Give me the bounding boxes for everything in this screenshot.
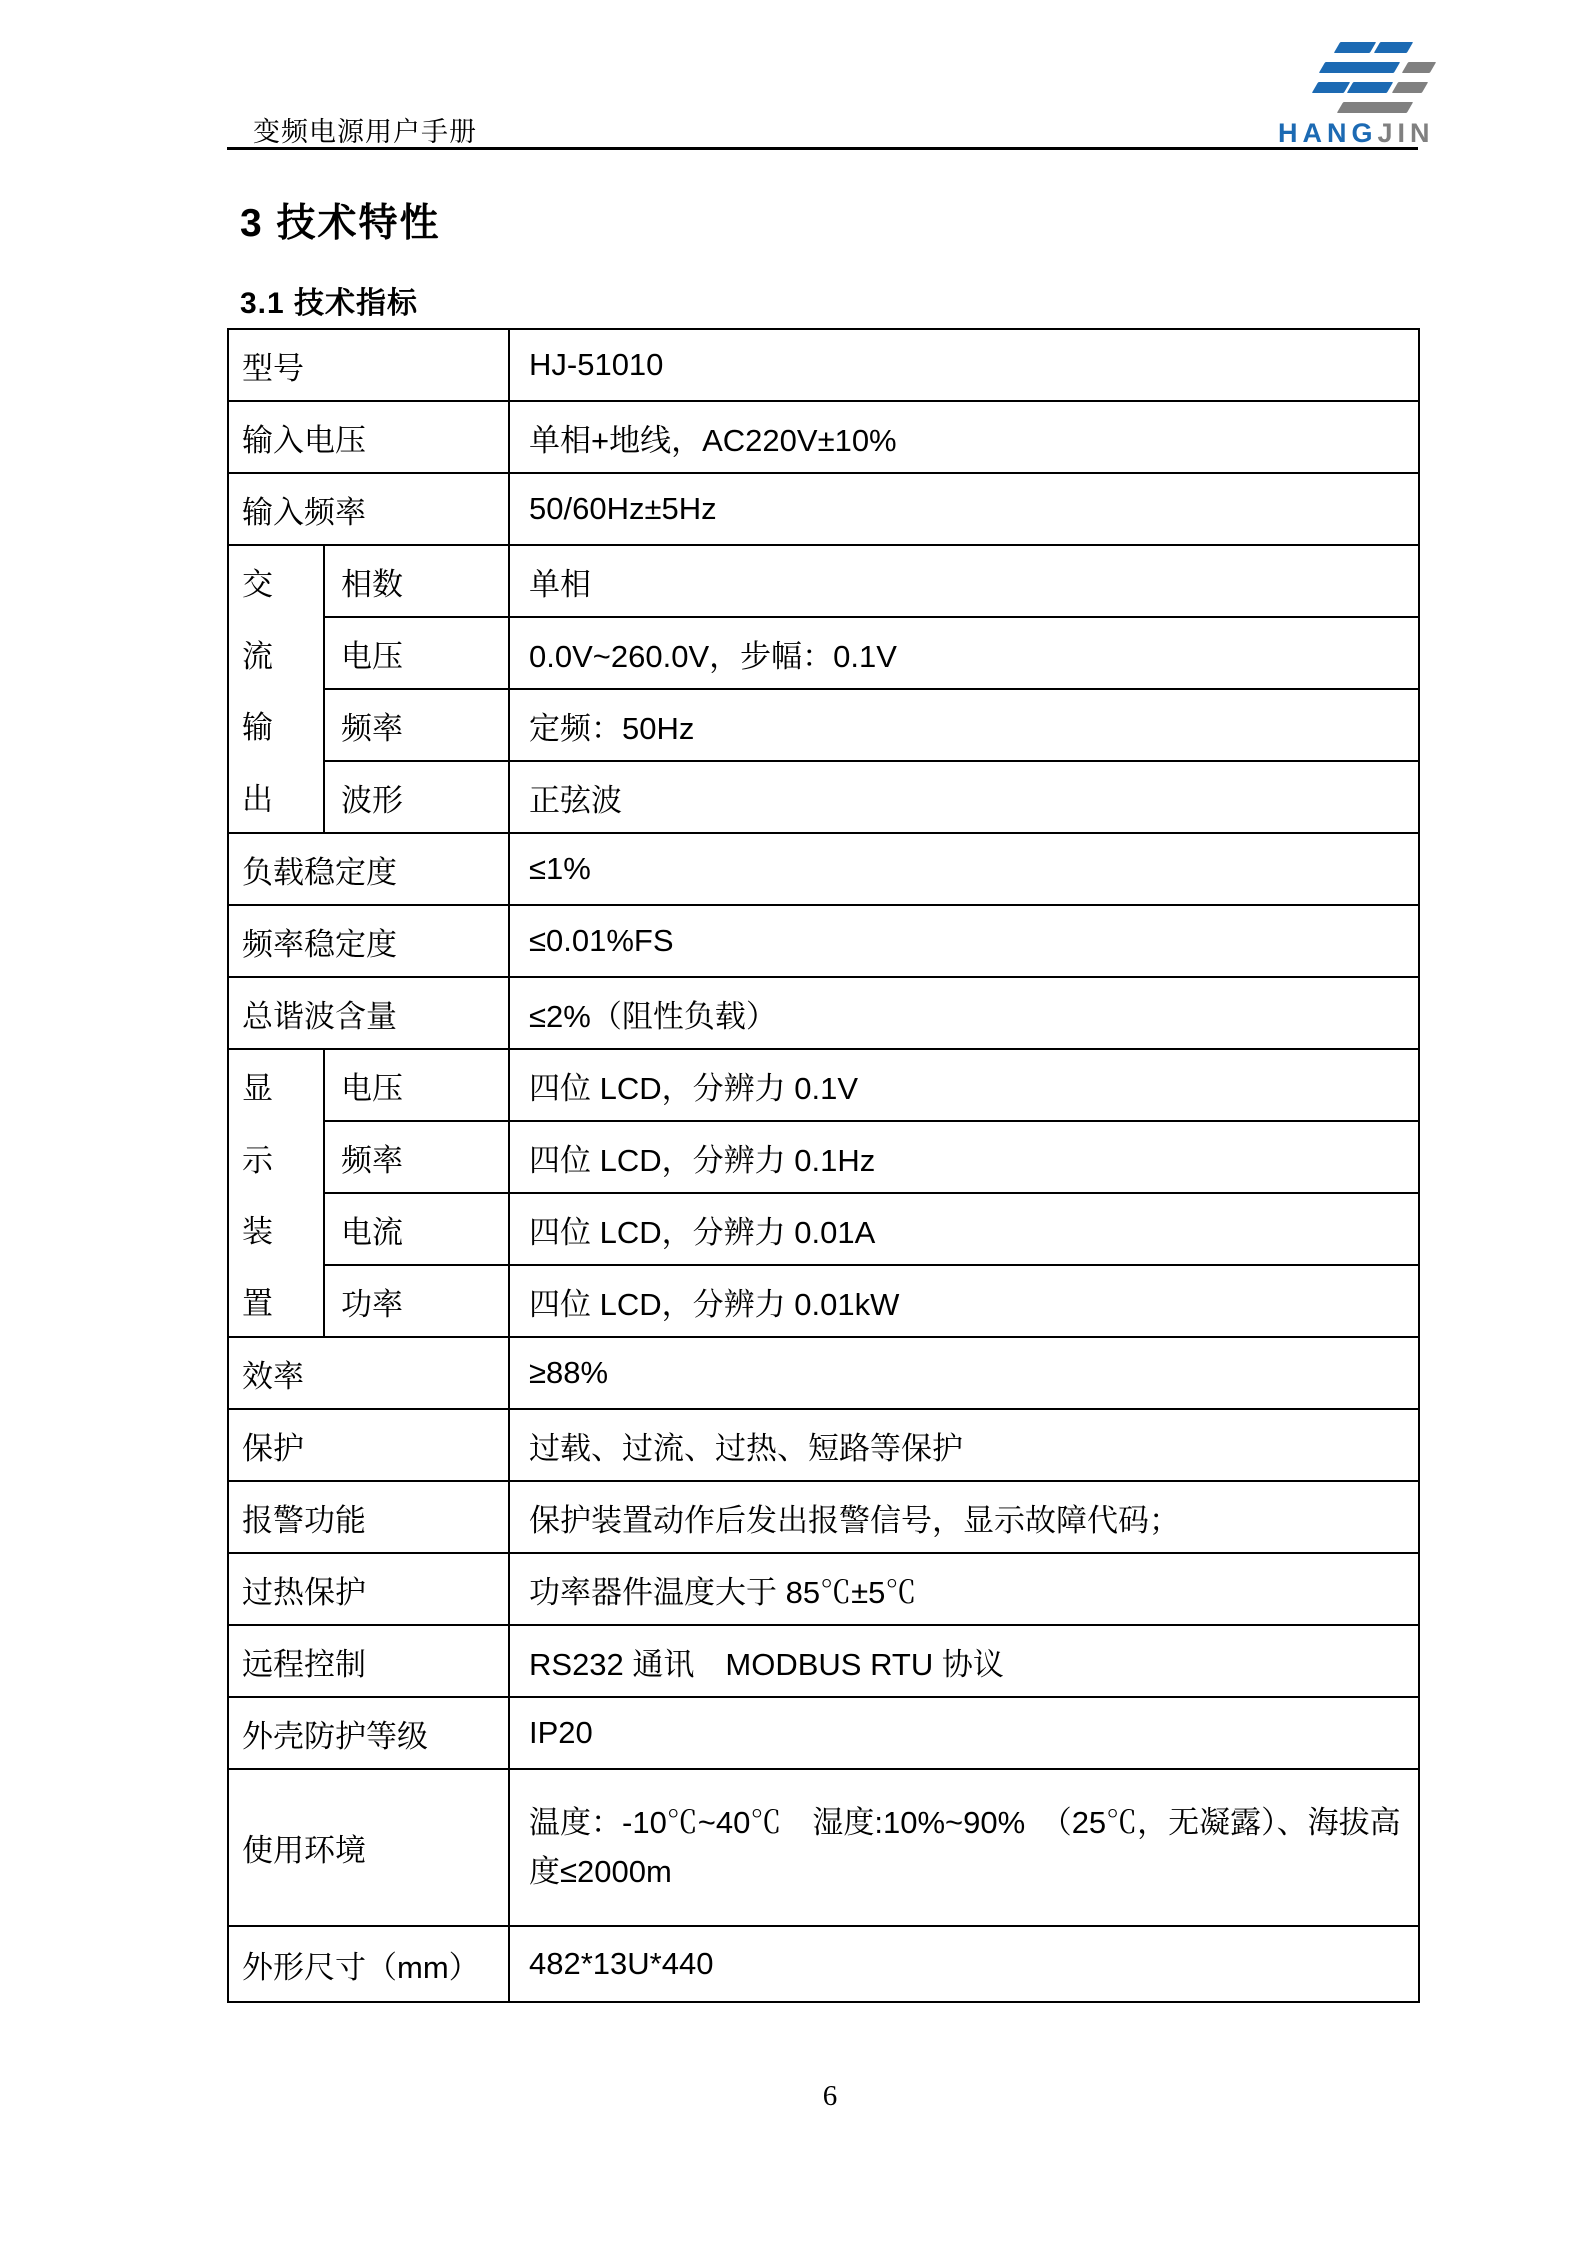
spec-label-cell: 报警功能 <box>228 1481 509 1553</box>
spec-value-cell: 定频：50Hz <box>509 689 1419 761</box>
spec-value-cell: 四位 LCD，分辨力 0.01kW <box>509 1265 1419 1337</box>
section-title: 3 技术特性 <box>240 192 441 248</box>
table-row: 频率四位 LCD，分辨力 0.1Hz <box>228 1121 1419 1193</box>
brand-name-secondary: JIN <box>1378 118 1435 148</box>
table-row: 过热保护功率器件温度大于 85℃±5℃ <box>228 1553 1419 1625</box>
table-row: 总谐波含量≤2%（阻性负载） <box>228 977 1419 1049</box>
spec-value-cell: 0.0V~260.0V，步幅：0.1V <box>509 617 1419 689</box>
spec-value-cell: 温度：-10℃~40℃ 湿度:10%~90% （25℃，无凝露）、海拔高度≤20… <box>509 1769 1419 1926</box>
page-number: 6 <box>780 2080 880 2113</box>
spec-label-cell: 保护 <box>228 1409 509 1481</box>
brand-name-primary: HANG <box>1278 118 1378 148</box>
spec-value-cell: ≤0.01%FS <box>509 905 1419 977</box>
spec-label-cell: 远程控制 <box>228 1625 509 1697</box>
spec-label-cell: 频率 <box>324 1121 509 1193</box>
table-row: 保护过载、过流、过热、短路等保护 <box>228 1409 1419 1481</box>
spec-label-cell: 使用环境 <box>228 1769 509 1926</box>
spec-value-cell: 保护装置动作后发出报警信号，显示故障代码； <box>509 1481 1419 1553</box>
document-page: 变频电源用户手册 HANGJIN 3 技术特性 3.1 技术指标 型号HJ-51… <box>0 0 1587 2245</box>
spec-value-cell: IP20 <box>509 1697 1419 1769</box>
spec-label-cell: 频率 <box>324 689 509 761</box>
table-row: 输入频率50/60Hz±5Hz <box>228 473 1419 545</box>
spec-value-cell: ≤1% <box>509 833 1419 905</box>
spec-value-cell: 单相+地线，AC220V±10% <box>509 401 1419 473</box>
spec-label-cell: 电流 <box>324 1193 509 1265</box>
spec-value-cell: 四位 LCD，分辨力 0.1V <box>509 1049 1419 1121</box>
spec-value-cell: 四位 LCD，分辨力 0.01A <box>509 1193 1419 1265</box>
table-row: 负载稳定度≤1% <box>228 833 1419 905</box>
spec-label-cell: 外壳防护等级 <box>228 1697 509 1769</box>
spec-group-cell: 交流输出 <box>228 545 324 833</box>
spec-value-cell: 四位 LCD，分辨力 0.1Hz <box>509 1121 1419 1193</box>
spec-label-cell: 外形尺寸（mm） <box>228 1926 509 2002</box>
spec-label-cell: 电压 <box>324 1049 509 1121</box>
hangjin-logo-icon <box>1313 42 1463 117</box>
spec-value-cell: 功率器件温度大于 85℃±5℃ <box>509 1553 1419 1625</box>
table-row: 交流输出相数单相 <box>228 545 1419 617</box>
table-row: 电流四位 LCD，分辨力 0.01A <box>228 1193 1419 1265</box>
spec-value-cell: 482*13U*440 <box>509 1926 1419 2002</box>
spec-value-cell: 过载、过流、过热、短路等保护 <box>509 1409 1419 1481</box>
spec-label-cell: 效率 <box>228 1337 509 1409</box>
table-row: 电压0.0V~260.0V，步幅：0.1V <box>228 617 1419 689</box>
table-row: 效率≥88% <box>228 1337 1419 1409</box>
spec-label-cell: 输入电压 <box>228 401 509 473</box>
spec-label-cell: 相数 <box>324 545 509 617</box>
spec-value-cell: ≥88% <box>509 1337 1419 1409</box>
spec-label-cell: 功率 <box>324 1265 509 1337</box>
table-row: 型号HJ-51010 <box>228 329 1419 401</box>
spec-label-cell: 电压 <box>324 617 509 689</box>
header-divider <box>227 147 1418 150</box>
spec-label-cell: 过热保护 <box>228 1553 509 1625</box>
table-row: 波形正弦波 <box>228 761 1419 833</box>
table-row: 频率稳定度≤0.01%FS <box>228 905 1419 977</box>
group-label-vertical: 显示装置 <box>229 1050 323 1336</box>
table-row: 频率定频：50Hz <box>228 689 1419 761</box>
spec-table: 型号HJ-51010输入电压单相+地线，AC220V±10%输入频率50/60H… <box>227 328 1420 2003</box>
table-row: 显示装置电压四位 LCD，分辨力 0.1V <box>228 1049 1419 1121</box>
spec-label-cell: 总谐波含量 <box>228 977 509 1049</box>
section-subtitle: 3.1 技术指标 <box>240 278 418 322</box>
spec-value-cell: RS232 通讯 MODBUS RTU 协议 <box>509 1625 1419 1697</box>
spec-label-cell: 负载稳定度 <box>228 833 509 905</box>
table-row: 报警功能保护装置动作后发出报警信号，显示故障代码； <box>228 1481 1419 1553</box>
hangjin-logo: HANGJIN <box>1270 30 1470 150</box>
spec-table-body: 型号HJ-51010输入电压单相+地线，AC220V±10%输入频率50/60H… <box>228 329 1419 2002</box>
table-row: 输入电压单相+地线，AC220V±10% <box>228 401 1419 473</box>
table-row: 外形尺寸（mm）482*13U*440 <box>228 1926 1419 2002</box>
spec-value-cell: ≤2%（阻性负载） <box>509 977 1419 1049</box>
table-row: 远程控制RS232 通讯 MODBUS RTU 协议 <box>228 1625 1419 1697</box>
spec-group-cell: 显示装置 <box>228 1049 324 1337</box>
table-row: 外壳防护等级IP20 <box>228 1697 1419 1769</box>
spec-label-cell: 型号 <box>228 329 509 401</box>
brand-name: HANGJIN <box>1278 118 1435 149</box>
spec-value-cell: HJ-51010 <box>509 329 1419 401</box>
spec-value-cell: 50/60Hz±5Hz <box>509 473 1419 545</box>
group-label-vertical: 交流输出 <box>229 546 323 832</box>
spec-label-cell: 频率稳定度 <box>228 905 509 977</box>
manual-title: 变频电源用户手册 <box>253 110 477 149</box>
table-row: 使用环境温度：-10℃~40℃ 湿度:10%~90% （25℃，无凝露）、海拔高… <box>228 1769 1419 1926</box>
spec-label-cell: 波形 <box>324 761 509 833</box>
spec-value-cell: 正弦波 <box>509 761 1419 833</box>
spec-value-cell: 单相 <box>509 545 1419 617</box>
spec-label-cell: 输入频率 <box>228 473 509 545</box>
table-row: 功率四位 LCD，分辨力 0.01kW <box>228 1265 1419 1337</box>
